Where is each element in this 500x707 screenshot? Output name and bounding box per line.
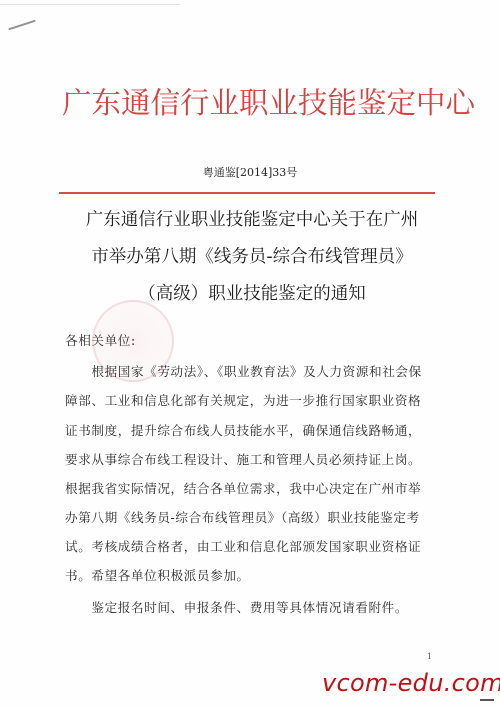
document-number: 粤通鉴[2014]33号 bbox=[0, 164, 500, 180]
body-line: 障部、工业和信息化部有关规定，为进一步推行国家职业资格 bbox=[65, 390, 440, 409]
body-line: 试。考核成绩合格者，由工业和信息化部颁发国家职业资格证 bbox=[65, 536, 440, 555]
body-line: 鉴定报名时间、申报条件、费用等具体情况请看附件。 bbox=[65, 597, 440, 616]
body-line: 书。希望各单位积极派员参加。 bbox=[65, 565, 440, 584]
document-page: 广东通信行业职业技能鉴定中心 粤通鉴[2014]33号 广东通信行业职业技能鉴定… bbox=[0, 0, 500, 707]
header-divider bbox=[59, 192, 435, 194]
organization-header: 广东通信行业职业技能鉴定中心 bbox=[62, 80, 442, 122]
scan-artifact-mark bbox=[8, 20, 35, 31]
page-number: 1 bbox=[427, 652, 432, 661]
notice-title-line-1: 广东通信行业职业技能鉴定中心关于在广州 bbox=[62, 206, 442, 231]
body-line: 证书制度，提升综合布线人员技能水平，确保通信线路畅通， bbox=[65, 420, 440, 439]
body-line: 办第八期《线务员-综合布线管理员》（高级）职业技能鉴定考 bbox=[65, 507, 440, 526]
body-line: 要求从事综合布线工程设计、施工和管理人员必须持证上岗。 bbox=[65, 449, 440, 468]
scan-corner-mark bbox=[480, 699, 494, 701]
notice-title-line-2: 市举办第八期《线务员-综合布线管理员》 bbox=[62, 243, 442, 268]
site-watermark: vcom-edu.com bbox=[322, 669, 500, 697]
body-line: 根据我省实际情况，结合各单位需求，我中心决定在广州市举 bbox=[65, 478, 440, 497]
body-line: 根据国家《劳动法》、《职业教育法》及人力资源和社会保 bbox=[65, 361, 440, 380]
greeting: 各相关单位: bbox=[65, 330, 440, 349]
scan-artifact-line bbox=[0, 4, 180, 5]
